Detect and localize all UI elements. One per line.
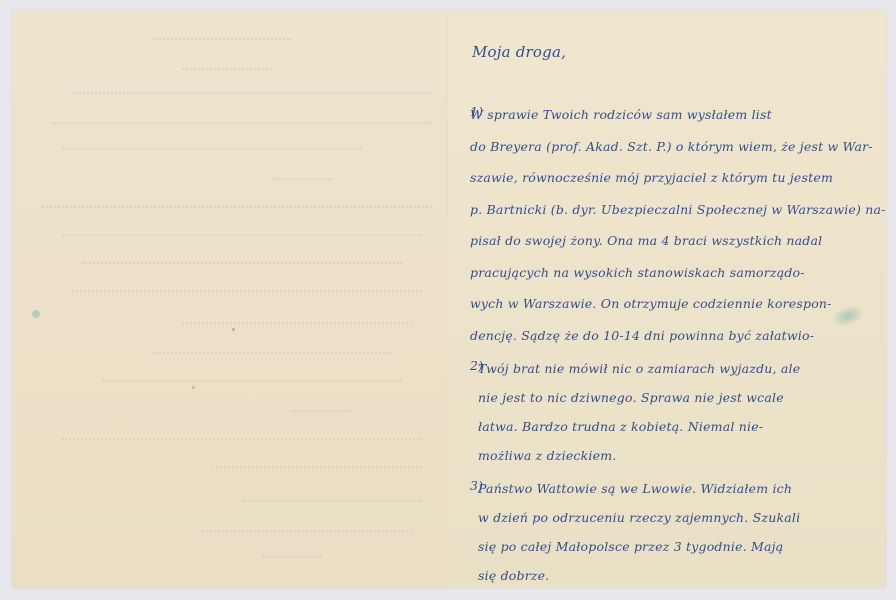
text-line: nie jest to nic dziwnego. Sprawa nie jes… — [470, 387, 870, 416]
document-scan: Moja droga, 1) W sprawie Twoich rodziców… — [0, 0, 896, 600]
left-page — [12, 10, 448, 588]
paper-speck — [232, 328, 235, 331]
text-line: Twój brat nie mówił nic o zamiarach wyja… — [470, 358, 870, 387]
text-line: możliwa z dzieckiem. — [470, 445, 870, 474]
salutation: Moja droga, — [472, 42, 870, 62]
text-line: szawie, równocześnie mój przyjaciel z kt… — [470, 167, 870, 199]
text-line: łatwa. Bardzo trudna z kobietą. Niemal n… — [470, 416, 870, 445]
letter-body: Moja droga, 1) W sprawie Twoich rodziców… — [470, 42, 870, 594]
text-line: do Breyera (prof. Akad. Szt. P.) o który… — [470, 136, 870, 168]
text-line: p. Bartnicki (b. dyr. Ubezpieczalni Społ… — [470, 199, 870, 231]
text-line: Państwo Wattowie są we Lwowie. Widziałem… — [470, 478, 870, 507]
letter-sheet: Moja droga, 1) W sprawie Twoich rodziców… — [12, 10, 886, 588]
text-line: pisał do swojej żony. Ona ma 4 braci wsz… — [470, 230, 870, 262]
paragraph-number: 2) — [470, 358, 483, 373]
right-page: Moja droga, 1) W sprawie Twoich rodziców… — [448, 10, 886, 588]
bleed-through-text — [42, 30, 432, 570]
text-line: pracujących na wysokich stanowiskach sam… — [470, 262, 870, 294]
text-line: dencję. Sądzę że do 10-14 dni powinna by… — [470, 325, 870, 357]
text-line: W sprawie Twoich rodziców sam wysłałem l… — [470, 104, 870, 136]
paragraph-number: 1) — [470, 104, 483, 119]
text-line: wych w Warszawie. On otrzymuje codzienni… — [470, 293, 870, 325]
text-line: w dzień po odrzuceniu rzeczy zajemnych. … — [470, 507, 870, 536]
paragraph-3: 3) Państwo Wattowie są we Lwowie. Widzia… — [470, 478, 870, 594]
text-line: się po całej Małopolsce przez 3 tygodnie… — [470, 536, 870, 565]
paragraph-2: 2) Twój brat nie mówił nic o zamiarach w… — [470, 358, 870, 474]
ink-spot — [32, 310, 40, 318]
text-line: się dobrze. — [470, 565, 870, 594]
paper-speck — [192, 386, 195, 389]
paragraph-1: 1) W sprawie Twoich rodziców sam wysłałe… — [470, 104, 870, 356]
paragraph-number: 3) — [470, 478, 483, 493]
